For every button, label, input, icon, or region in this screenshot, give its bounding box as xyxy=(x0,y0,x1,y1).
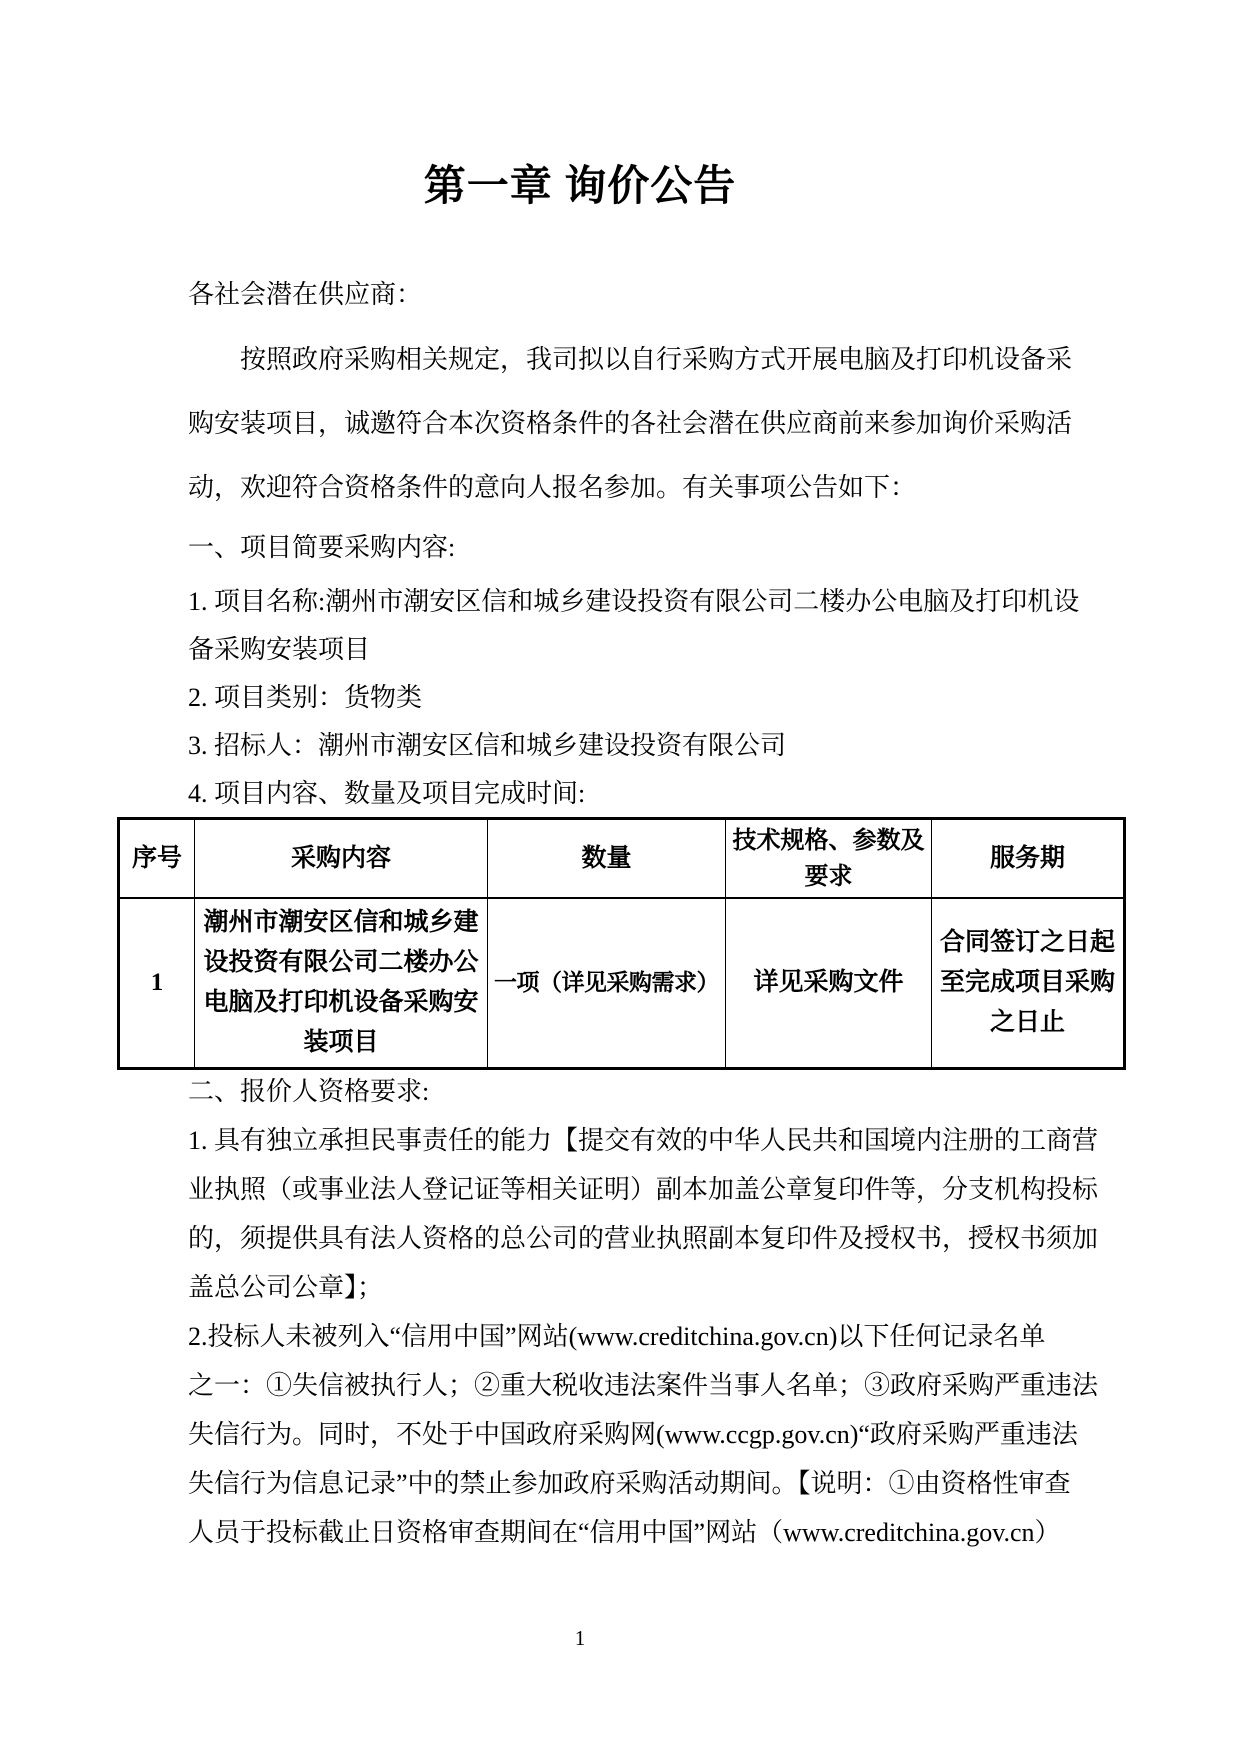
section1-items: 1. 项目名称:潮州市潮安区信和城乡建设投资有限公司二楼办公电脑及打印机设备采购… xyxy=(188,578,1110,818)
intro-paragraph: 按照政府采购相关规定，我司拟以自行采购方式开展电脑及打印机设备采购安装项目，诚邀… xyxy=(188,328,1110,520)
table-cell: 潮州市潮安区信和城乡建设投资有限公司二楼办公电脑及打印机设备采购安装项目 xyxy=(195,898,488,1069)
text-line: 1. 具有独立承担民事责任的能力【提交有效的中华人民共和国境内注册的工商营 xyxy=(188,1116,1110,1165)
table-header-cell: 服务期 xyxy=(932,819,1125,899)
text-line: 1. 项目名称:潮州市潮安区信和城乡建设投资有限公司二楼办公电脑及打印机设 xyxy=(188,578,1110,626)
table-header-cell: 技术规格、参数及要求 xyxy=(726,819,932,899)
text-line: 失信行为。同时，不处于中国政府采购网(www.ccgp.gov.cn)“政府采购… xyxy=(188,1410,1110,1459)
text-line: 按照政府采购相关规定，我司拟以自行采购方式开展电脑及打印机设备采 xyxy=(188,328,1110,392)
document-page: { "page": { "title": "第一章 询价公告", "page_n… xyxy=(0,0,1241,1755)
text-line: 4. 项目内容、数量及项目完成时间: xyxy=(188,770,1110,818)
text-line: 之一：①失信被执行人；②重大税收违法案件当事人名单；③政府采购严重违法 xyxy=(188,1361,1110,1410)
procurement-items-table: 序号采购内容数量技术规格、参数及要求服务期 1潮州市潮安区信和城乡建设投资有限公… xyxy=(117,817,1126,1070)
table-header-cell: 数量 xyxy=(488,819,726,899)
salutation-line: 各社会潜在供应商： xyxy=(188,275,422,315)
text-line: 盖总公司公章】； xyxy=(188,1263,1110,1312)
section2-heading: 二、报价人资格要求: xyxy=(188,1068,429,1116)
text-line: 3. 招标人：潮州市潮安区信和城乡建设投资有限公司 xyxy=(188,722,1110,770)
text-line: 失信行为信息记录”中的禁止参加政府采购活动期间。【说明：①由资格性审查 xyxy=(188,1459,1110,1508)
table-header-cell: 采购内容 xyxy=(195,819,488,899)
text-line: 购安装项目，诚邀符合本次资格条件的各社会潜在供应商前来参加询价采购活 xyxy=(188,392,1110,456)
text-line: 业执照（或事业法人登记证等相关证明）副本加盖公章复印件等，分支机构投标 xyxy=(188,1165,1110,1214)
text-line: 2. 项目类别：货物类 xyxy=(188,674,1110,722)
page-number: 1 xyxy=(40,1626,1120,1651)
table-cell: 详见采购文件 xyxy=(726,898,932,1069)
section2-items: 1. 具有独立承担民事责任的能力【提交有效的中华人民共和国境内注册的工商营业执照… xyxy=(188,1116,1110,1557)
table-body: 1潮州市潮安区信和城乡建设投资有限公司二楼办公电脑及打印机设备采购安装项目一项（… xyxy=(119,898,1125,1069)
table-cell: 一项（详见采购需求） xyxy=(488,898,726,1069)
text-line: 人员于投标截止日资格审查期间在“信用中国”网站（www.creditchina.… xyxy=(188,1508,1110,1557)
section1-heading: 一、项目简要采购内容: xyxy=(188,525,455,571)
table-cell: 合同签订之日起至完成项目采购之日止 xyxy=(932,898,1125,1069)
table-header-cell: 序号 xyxy=(119,819,195,899)
table-row: 1潮州市潮安区信和城乡建设投资有限公司二楼办公电脑及打印机设备采购安装项目一项（… xyxy=(119,898,1125,1069)
table-header-row: 序号采购内容数量技术规格、参数及要求服务期 xyxy=(119,819,1125,899)
document-title: 第一章 询价公告 xyxy=(40,158,1120,216)
text-line: 动，欢迎符合资格条件的意向人报名参加。有关事项公告如下： xyxy=(188,456,1110,520)
table-cell: 1 xyxy=(119,898,195,1069)
text-line: 2.投标人未被列入“信用中国”网站(www.creditchina.gov.cn… xyxy=(188,1312,1110,1361)
text-line: 的，须提供具有法人资格的总公司的营业执照副本复印件及授权书，授权书须加 xyxy=(188,1214,1110,1263)
text-line: 备采购安装项目 xyxy=(188,626,1110,674)
